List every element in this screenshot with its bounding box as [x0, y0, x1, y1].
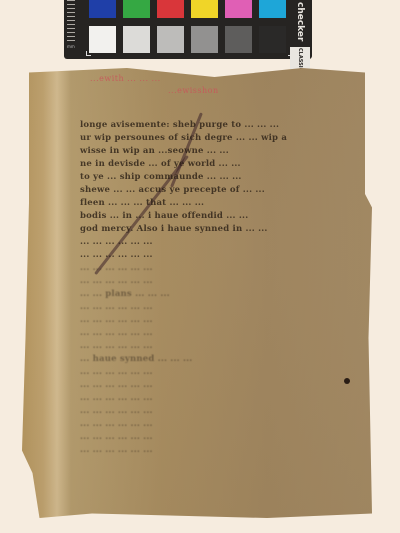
ruler-unit-label: mm: [67, 44, 75, 49]
text-line: wisse in wip an ...seowne ... ...: [80, 146, 229, 156]
text-line: ... ... ... ... ... ...: [80, 406, 153, 416]
text-line: god mercy. Also i haue synned in ... ...: [80, 224, 268, 234]
text-line: ... ... ... ... ... ...: [80, 341, 153, 351]
ruler-scale: [67, 0, 75, 44]
text-line: ... ... ... ... ... ...: [80, 367, 153, 377]
text-line: ... ... ... ... ... ...: [80, 263, 153, 273]
text-line: ne in devisde ... of ye world ... ...: [80, 159, 241, 169]
corner-mark: [86, 51, 91, 56]
text-line: ... ... ... ... ... ...: [80, 315, 153, 325]
text-line: shewe ... ... accus ye precepte of ... .…: [80, 185, 265, 195]
edition-badge: CLASSIC: [290, 47, 310, 72]
swatch-red: [157, 0, 184, 18]
text-line: ... ... ... ... ... ...: [80, 250, 153, 260]
text-line: bodis ... in ... i haue offendid ... ...: [80, 211, 248, 221]
swatch-cyan: [259, 0, 286, 18]
text-line: longe avisemente: sheb purge to ... ... …: [80, 120, 279, 130]
text-line: ... ... ... ... ... ...: [80, 276, 153, 286]
text-line: ... ... ... ... ... ...: [80, 302, 153, 312]
text-line: fleen ... ... ... that ... ... ...: [80, 198, 204, 208]
color-checker-card: mm checker CLASSIC: [64, 0, 312, 59]
swatch-gray-2: [157, 26, 184, 53]
swatch-white: [89, 26, 116, 53]
text-line: ... ... ... ... ... ...: [80, 237, 153, 247]
text-line: ur wip persounes of sich degre ... ... w…: [80, 133, 287, 143]
text-line: ... ... ... ... ... ...: [80, 380, 153, 390]
text-line: to ye ... ship commaunde ... ... ...: [80, 172, 242, 182]
swatch-gray-3: [191, 26, 218, 53]
checker-brand-label: checker CLASSIC: [290, 2, 310, 56]
swatch-gray-4: [225, 26, 252, 53]
text-line: ... haue synned ... ... ...: [80, 354, 192, 364]
text-line: ... ... ... ... ... ...: [80, 445, 153, 455]
swatch-magenta: [225, 0, 252, 18]
rubric-line-2: ...ewisshon: [168, 86, 219, 95]
swatch-blue: [89, 0, 116, 18]
text-line: ... ... ... ... ... ...: [80, 432, 153, 442]
text-line: ... ... ... ... ... ...: [80, 419, 153, 429]
text-line: ... ... ... ... ... ...: [80, 328, 153, 338]
swatch-black: [259, 26, 286, 53]
swatch-yellow: [191, 0, 218, 18]
swatch-gray-1: [123, 26, 150, 53]
ink-spot: [344, 378, 350, 384]
text-line: ... ... ... ... ... ...: [80, 393, 153, 403]
brand-text: checker: [295, 2, 305, 41]
text-line: ... ... plans ... ... ...: [80, 289, 170, 299]
rubric-line-1: ...ewith ... ... ...: [90, 74, 161, 83]
swatch-green: [123, 0, 150, 18]
